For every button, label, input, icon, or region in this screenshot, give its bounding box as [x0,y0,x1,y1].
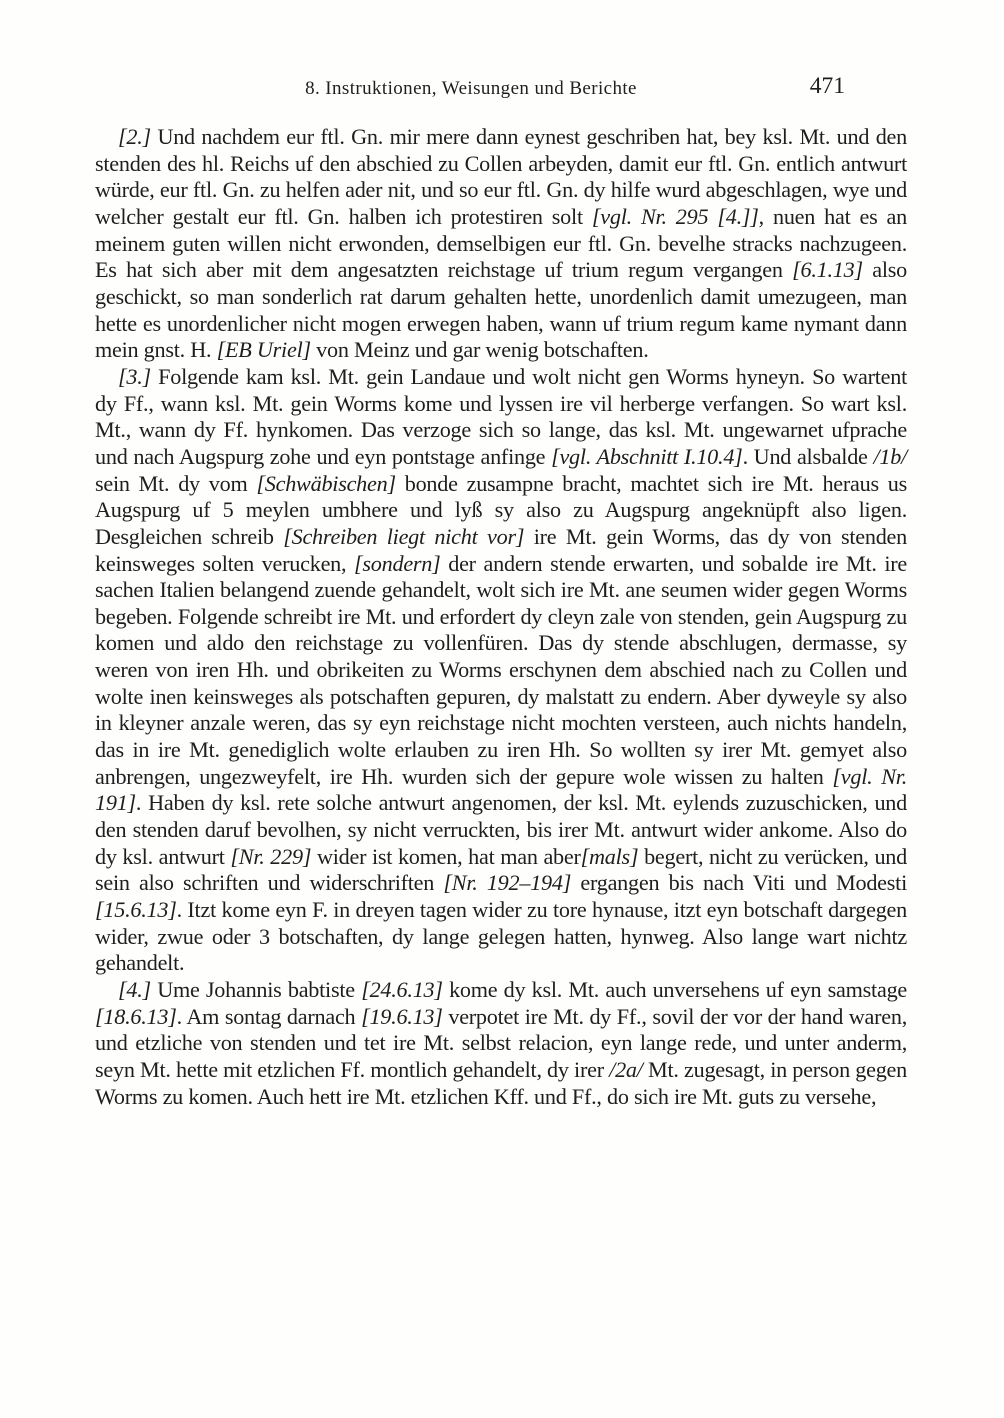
editorial-insertion: [24.6.13] [361,977,443,1002]
text-run: wider ist komen, hat man aber [311,844,580,869]
page-body: [2.] Und nachdem eur ftl. Gn. mir mere d… [95,124,907,1110]
editorial-insertion: [6.1.13] [792,257,863,282]
section-marker: [2.] [118,124,151,149]
text-run: . Am sontag darnach [177,1004,361,1029]
editorial-insertion: [18.6.13] [95,1004,177,1029]
text-run: sein Mt. dy vom [95,471,256,496]
running-title: 8. Instruktionen, Weisungen und Berichte [65,78,877,100]
editorial-insertion: [15.6.13] [95,897,177,922]
editorial-insertion: [mals] [581,844,639,869]
text-run: von Meinz und gar wenig botschaften. [311,337,649,362]
folio-marker: /1b/ [873,444,907,469]
section-marker: [4.] [118,977,151,1002]
text-run: der andern stende erwarten, und sobalde … [95,551,907,789]
text-run: Ume Johannis babtiste [151,977,361,1002]
page-number: 471 [810,73,845,100]
paragraph-4: [4.] Ume Johannis babtiste [24.6.13] kom… [95,977,907,1110]
editorial-insertion: [19.6.13] [361,1004,443,1029]
paragraph-2: [2.] Und nachdem eur ftl. Gn. mir mere d… [95,124,907,364]
book-page: 8. Instruktionen, Weisungen und Berichte… [0,0,1004,1418]
paragraph-3: [3.] Folgende kam ksl. Mt. gein Landaue … [95,364,907,977]
editorial-insertion: [EB Uriel] [217,337,311,362]
editorial-insertion: [Nr. 229] [230,844,311,869]
editorial-insertion: [vgl. Abschnitt I.10.4] [551,444,742,469]
section-marker: [3.] [118,364,151,389]
text-run: . Itzt kome eyn F. in dreyen tagen wider… [95,897,907,975]
text-run: ergangen bis nach Viti und Modesti [571,870,907,895]
text-run: . Und alsbalde [743,444,874,469]
editorial-insertion: [Nr. 192–194] [443,870,571,895]
folio-marker: /2a/ [609,1057,643,1082]
editorial-insertion: [vgl. Nr. 295 [4.]] [592,204,759,229]
page-header: 8. Instruktionen, Weisungen und Berichte… [95,78,907,108]
editorial-insertion: [sondern] [354,551,441,576]
editorial-insertion: [Schreiben liegt nicht vor] [283,524,524,549]
text-run: kome dy ksl. Mt. auch unversehens uf eyn… [443,977,907,1002]
editorial-insertion: [Schwäbischen] [256,471,395,496]
